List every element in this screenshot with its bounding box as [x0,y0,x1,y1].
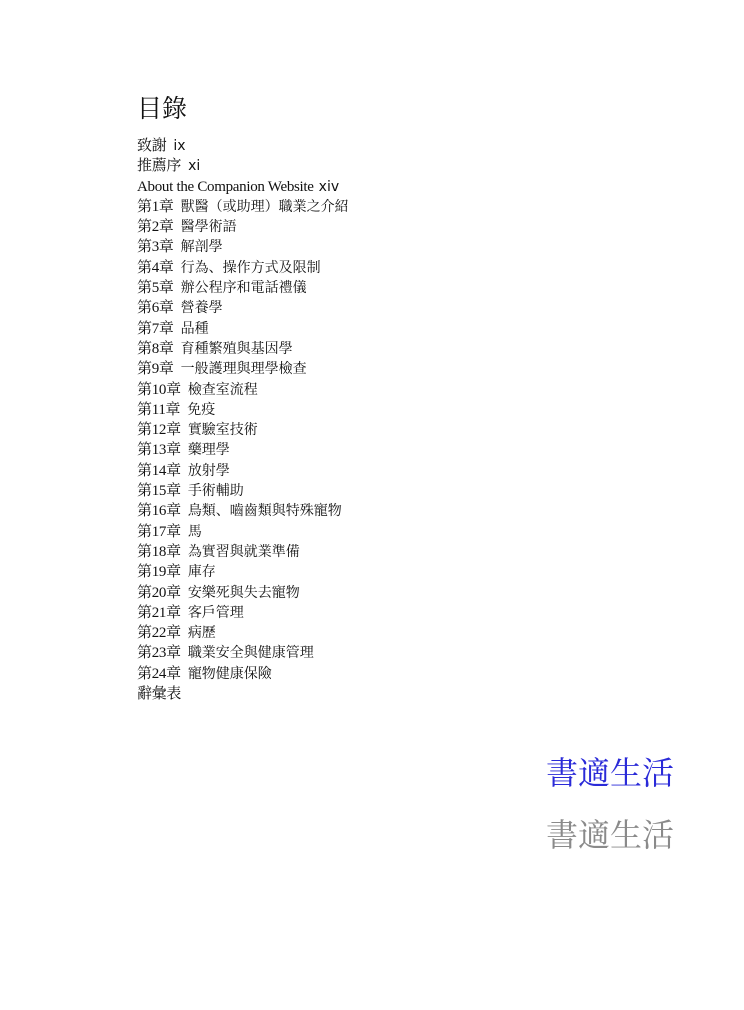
toc-entry-label: About the Companion Website [137,179,314,195]
toc-entry-page: xi [188,158,200,174]
toc-entry[interactable]: 第12章實驗室技術 [137,419,349,439]
toc-chapter-number: 第6章 [137,300,174,316]
toc-entry[interactable]: 第10章檢查室流程 [137,379,349,399]
toc-entry[interactable]: 第3章解剖學 [137,236,349,256]
toc-chapter-number: 第20章 [137,585,181,601]
toc-chapter-number: 第7章 [137,321,174,337]
toc-chapter-title: 育種繁殖與基因學 [181,341,293,357]
toc-chapter-number: 第4章 [137,260,174,276]
brand-watermark-gray: 書適生活 [546,815,674,855]
toc-entry-page: ix [173,138,185,154]
toc-entry-label: 推薦序 [137,158,181,174]
toc-entry[interactable]: 第14章放射學 [137,460,349,480]
toc-entry[interactable]: 第22章病歷 [137,622,349,642]
toc-chapter-number: 第24章 [137,666,181,682]
toc-entry[interactable]: 第1章獸醫（或助理）職業之介紹 [137,196,349,216]
toc-chapter-number: 第22章 [137,625,181,641]
toc-chapter-number: 第9章 [137,361,174,377]
toc-chapter-title: 藥理學 [188,442,230,458]
toc-entry[interactable]: 第6章營養學 [137,297,349,317]
toc-chapter-number: 第12章 [137,422,181,438]
toc-entry[interactable]: 第23章職業安全與健康管理 [137,642,349,662]
toc-chapter-title: 辦公程序和電話禮儀 [181,280,307,296]
toc-chapter-title: 營養學 [181,300,223,316]
toc-entry-label: 辭彙表 [137,686,181,702]
toc-chapter-title: 醫學術語 [181,219,237,235]
toc-chapter-number: 第23章 [137,645,181,661]
toc-chapter-title: 為實習與就業準備 [188,544,300,560]
toc-entry[interactable]: 辭彙表 [137,683,349,703]
toc-entry[interactable]: 第24章寵物健康保險 [137,663,349,683]
toc-chapter-number: 第16章 [137,503,181,519]
toc-chapter-number: 第1章 [137,199,174,215]
toc-chapter-title: 職業安全與健康管理 [188,645,314,661]
toc-chapter-title: 一般護理與理學檢查 [181,361,307,377]
toc-chapter-title: 檢查室流程 [188,382,258,398]
toc-entry[interactable]: 第17章馬 [137,521,349,541]
toc-chapter-title: 安樂死與失去寵物 [188,585,300,601]
toc-chapter-title: 解剖學 [181,239,223,255]
toc-chapter-number: 第8章 [137,341,174,357]
toc-entry[interactable]: 第5章辦公程序和電話禮儀 [137,277,349,297]
toc-chapter-title: 寵物健康保險 [188,666,272,682]
toc-entry[interactable]: 第19章庫存 [137,561,349,581]
toc-entry[interactable]: 第13章藥理學 [137,439,349,459]
toc-entry[interactable]: 第20章安樂死與失去寵物 [137,582,349,602]
toc-chapter-title: 庫存 [188,564,216,580]
toc-chapter-number: 第5章 [137,280,174,296]
toc-entry[interactable]: 第18章為實習與就業準備 [137,541,349,561]
toc-entry[interactable]: 第21章客戶管理 [137,602,349,622]
toc-entry[interactable]: 第11章免疫 [137,399,349,419]
toc-chapter-number: 第11章 [137,402,180,418]
toc-chapter-number: 第10章 [137,382,181,398]
toc-entry[interactable]: 第8章育種繁殖與基因學 [137,338,349,358]
toc-chapter-number: 第15章 [137,483,181,499]
toc-chapter-number: 第19章 [137,564,181,580]
brand-watermark-blue: 書適生活 [546,753,674,793]
toc-chapter-number: 第17章 [137,524,181,540]
table-of-contents: 致謝ix 推薦序xi About the Companion Websitexi… [137,135,349,703]
toc-entry[interactable]: 第16章鳥類、嚙齒類與特殊寵物 [137,500,349,520]
toc-chapter-title: 病歷 [188,625,216,641]
toc-entry-label: 致謝 [137,138,166,154]
toc-entry[interactable]: 第4章行為、操作方式及限制 [137,257,349,277]
toc-chapter-number: 第14章 [137,463,181,479]
toc-chapter-title: 行為、操作方式及限制 [181,260,321,276]
toc-chapter-number: 第3章 [137,239,174,255]
toc-entry-page: xiv [319,179,339,195]
toc-chapter-title: 實驗室技術 [188,422,258,438]
toc-chapter-title: 免疫 [187,402,215,418]
toc-chapter-number: 第13章 [137,442,181,458]
toc-chapter-title: 品種 [181,321,209,337]
toc-chapter-number: 第21章 [137,605,181,621]
toc-entry[interactable]: 第9章一般護理與理學檢查 [137,358,349,378]
toc-chapter-title: 馬 [188,524,202,540]
toc-chapter-title: 手術輔助 [188,483,244,499]
toc-entry[interactable]: 第15章手術輔助 [137,480,349,500]
toc-entry[interactable]: 推薦序xi [137,155,349,175]
toc-chapter-number: 第2章 [137,219,174,235]
page-title: 目錄 [137,94,187,124]
toc-entry[interactable]: 第7章品種 [137,318,349,338]
toc-chapter-title: 放射學 [188,463,230,479]
toc-chapter-number: 第18章 [137,544,181,560]
toc-entry[interactable]: About the Companion Websitexiv [137,176,349,196]
toc-chapter-title: 鳥類、嚙齒類與特殊寵物 [188,503,342,519]
toc-entry[interactable]: 致謝ix [137,135,349,155]
toc-chapter-title: 獸醫（或助理）職業之介紹 [181,199,349,215]
toc-chapter-title: 客戶管理 [188,605,244,621]
toc-entry[interactable]: 第2章醫學術語 [137,216,349,236]
